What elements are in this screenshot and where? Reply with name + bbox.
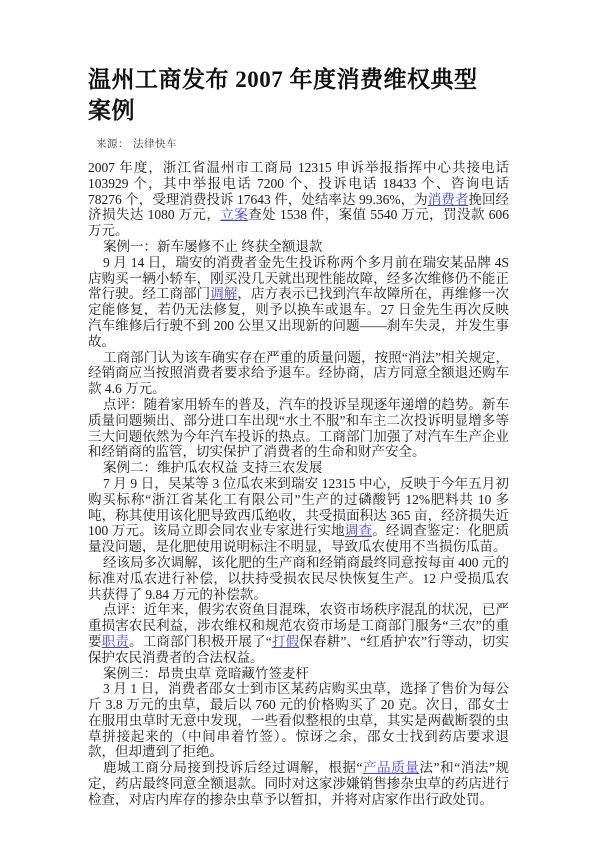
article-body: 2007 年度，浙江省温州市工商局 12315 申诉举报指挥中心共接电话 103… [88, 160, 509, 808]
inline-link[interactable]: 职责 [102, 634, 129, 649]
text-run: 鹿城工商分局接到投诉后经过调解，根据“ [103, 760, 363, 775]
text-run: 点评：随着家用轿车的普及，汽车的投诉呈现逐年递增的趋势。新车质量问题频出、部分进… [88, 397, 509, 459]
inline-link[interactable]: 打假 [272, 634, 300, 649]
case-heading: 案例二：维护瓜农权益 支持三农发展 [88, 460, 509, 476]
source-label: 来源： [96, 139, 129, 150]
paragraph: 7 月 9 日，吴某等 3 位瓜农来到瑞安 12315 中心，反映于今年五月初购… [88, 476, 509, 555]
paragraph: 鹿城工商分局接到投诉后经过调解，根据“产品质量法”和“消法”规定，药店最终同意全… [88, 760, 509, 807]
text-run: 案例一：新车屡修不止 终获全额退款 [103, 239, 322, 254]
source-value: 法律快车 [133, 139, 177, 150]
text-run: 案例三：昂贵虫草 竟暗藏竹签麦杆 [103, 666, 309, 681]
paragraph: 9 月 14 日，瑞安的消费者金先生投诉称两个多月前在瑞安某品牌 4S 店购买一… [88, 255, 509, 350]
paragraph: 经该局多次调解，该化肥的生产商和经销商最终同意按每亩 400 元的标准对瓜农进行… [88, 555, 509, 602]
paragraph: 点评：随着家用轿车的普及，汽车的投诉呈现逐年递增的趋势。新车质量问题频出、部分进… [88, 397, 509, 460]
case-heading: 案例一：新车屡修不止 终获全额退款 [88, 239, 509, 255]
inline-link[interactable]: 调解 [210, 286, 237, 301]
paragraph: 点评：近年来，假劣农资鱼目混珠，农资市场秩序混乱的状况，已严重损害农民利益，涉农… [88, 602, 509, 665]
text-run: 。工商部门积极开展了“ [129, 634, 272, 649]
paragraph: 3 月 1 日，消费者邵女士到市区某药店购买虫草，选择了售价为每公斤 3.8 万… [88, 681, 509, 760]
text-run: 工商部门认为该车确实存在严重的质量问题，按照“消法”相关规定，经销商应当按照消费… [88, 350, 509, 397]
article-title: 温州工商发布 2007 年度消费维权典型案例 [88, 64, 490, 126]
document-page: 温州工商发布 2007 年度消费维权典型案例 来源：法律快车 2007 年度，浙… [0, 0, 595, 842]
text-run: 经该局多次调解，该化肥的生产商和经销商最终同意按每亩 400 元的标准对瓜农进行… [88, 555, 509, 602]
inline-link[interactable]: 调查 [345, 523, 372, 538]
text-run: 3 月 1 日，消费者邵女士到市区某药店购买虫草，选择了售价为每公斤 3.8 万… [88, 681, 509, 759]
inline-link[interactable]: 消费者 [428, 192, 469, 207]
case-heading: 案例三：昂贵虫草 竟暗藏竹签麦杆 [88, 666, 509, 682]
inline-link[interactable]: 立案 [220, 207, 248, 222]
article-source-line: 来源：法律快车 [96, 136, 177, 151]
inline-link[interactable]: 产品质量 [363, 760, 420, 775]
text-run: 案例二：维护瓜农权益 支持三农发展 [103, 460, 322, 475]
paragraph: 2007 年度，浙江省温州市工商局 12315 申诉举报指挥中心共接电话 103… [88, 160, 509, 239]
paragraph: 工商部门认为该车确实存在严重的质量问题，按照“消法”相关规定，经销商应当按照消费… [88, 350, 509, 397]
